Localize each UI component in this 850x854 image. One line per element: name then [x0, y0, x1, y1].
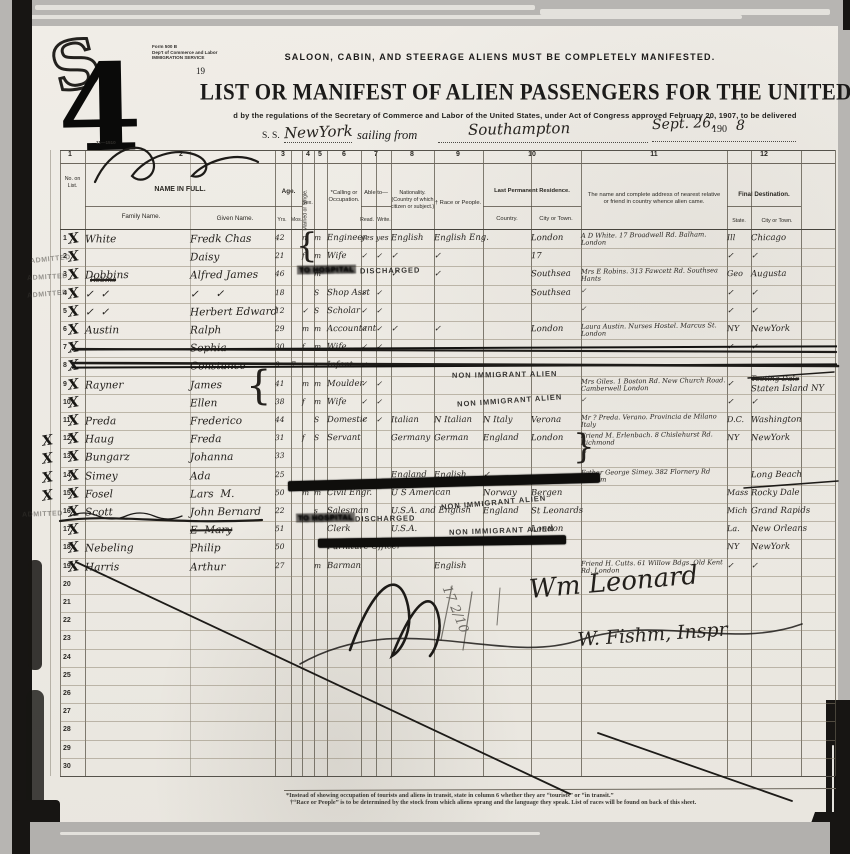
- footnote-2: †“Race or People” is to be determined by…: [290, 799, 696, 806]
- inspector-signature: Wm Leonard W. Fishm, Inspr: [280, 552, 820, 682]
- row8-strike: [72, 363, 838, 366]
- signature-title: W. Fishm, Inspr: [577, 618, 730, 651]
- signature-flourish: [350, 585, 440, 656]
- row7-strike: [75, 349, 836, 352]
- footnote-1: *Instead of showing occupation of touris…: [286, 792, 614, 799]
- row9-dest-strike: [748, 372, 834, 378]
- header-scrawl: [95, 148, 258, 182]
- cancel-diagonal-2: [598, 733, 792, 801]
- signature-name: Wm Leonard: [528, 560, 699, 605]
- ink-marks: [0, 0, 850, 854]
- row14-dest-strike: [744, 481, 838, 488]
- scanned-manifest-page: S 4 Form 500 B Dep't of Commerce and Lab…: [0, 0, 850, 854]
